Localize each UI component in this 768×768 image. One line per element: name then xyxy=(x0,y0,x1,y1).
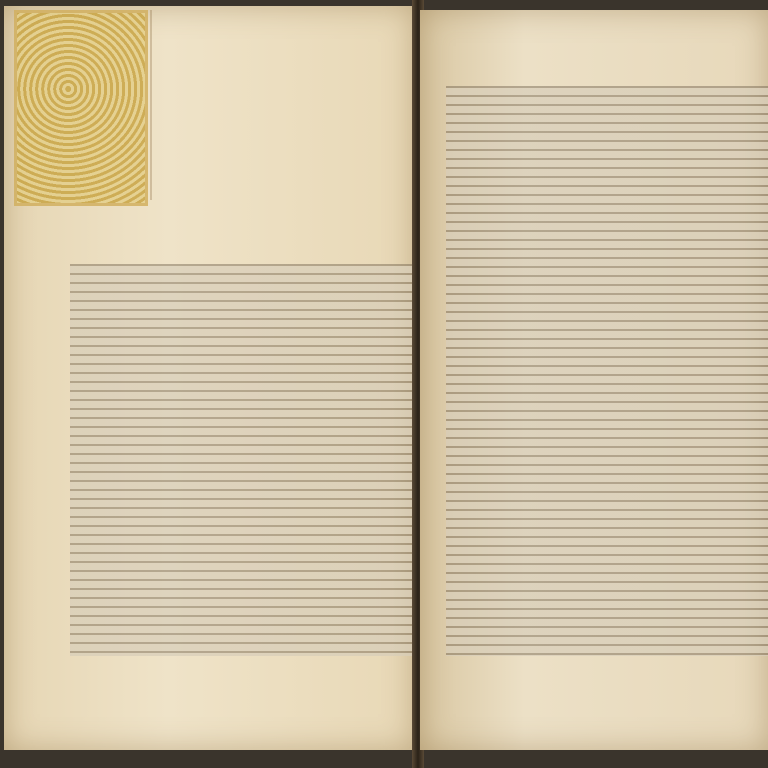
right-text-block xyxy=(446,86,768,656)
left-text-block xyxy=(70,264,416,656)
margin-rule xyxy=(150,10,152,200)
gilded-ornament xyxy=(14,10,148,206)
